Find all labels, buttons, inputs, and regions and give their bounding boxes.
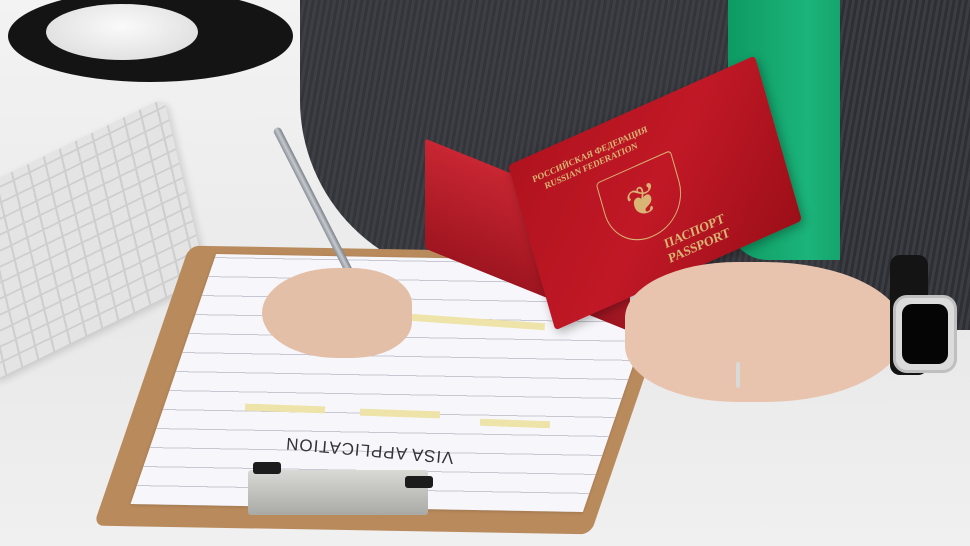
watch-face — [902, 304, 948, 364]
mouse-pad — [8, 0, 293, 82]
right-hand — [625, 262, 905, 402]
mouse — [46, 4, 198, 60]
clipboard-clip — [248, 470, 428, 515]
photo-scene: VISA APPLICATION РОССИЙСКАЯ ФЕДЕРАЦИЯ RU… — [0, 0, 970, 546]
left-hand — [262, 268, 412, 358]
clip-tab — [253, 462, 281, 474]
ring — [736, 362, 740, 388]
smartwatch — [893, 295, 957, 373]
clip-tab — [405, 476, 433, 488]
